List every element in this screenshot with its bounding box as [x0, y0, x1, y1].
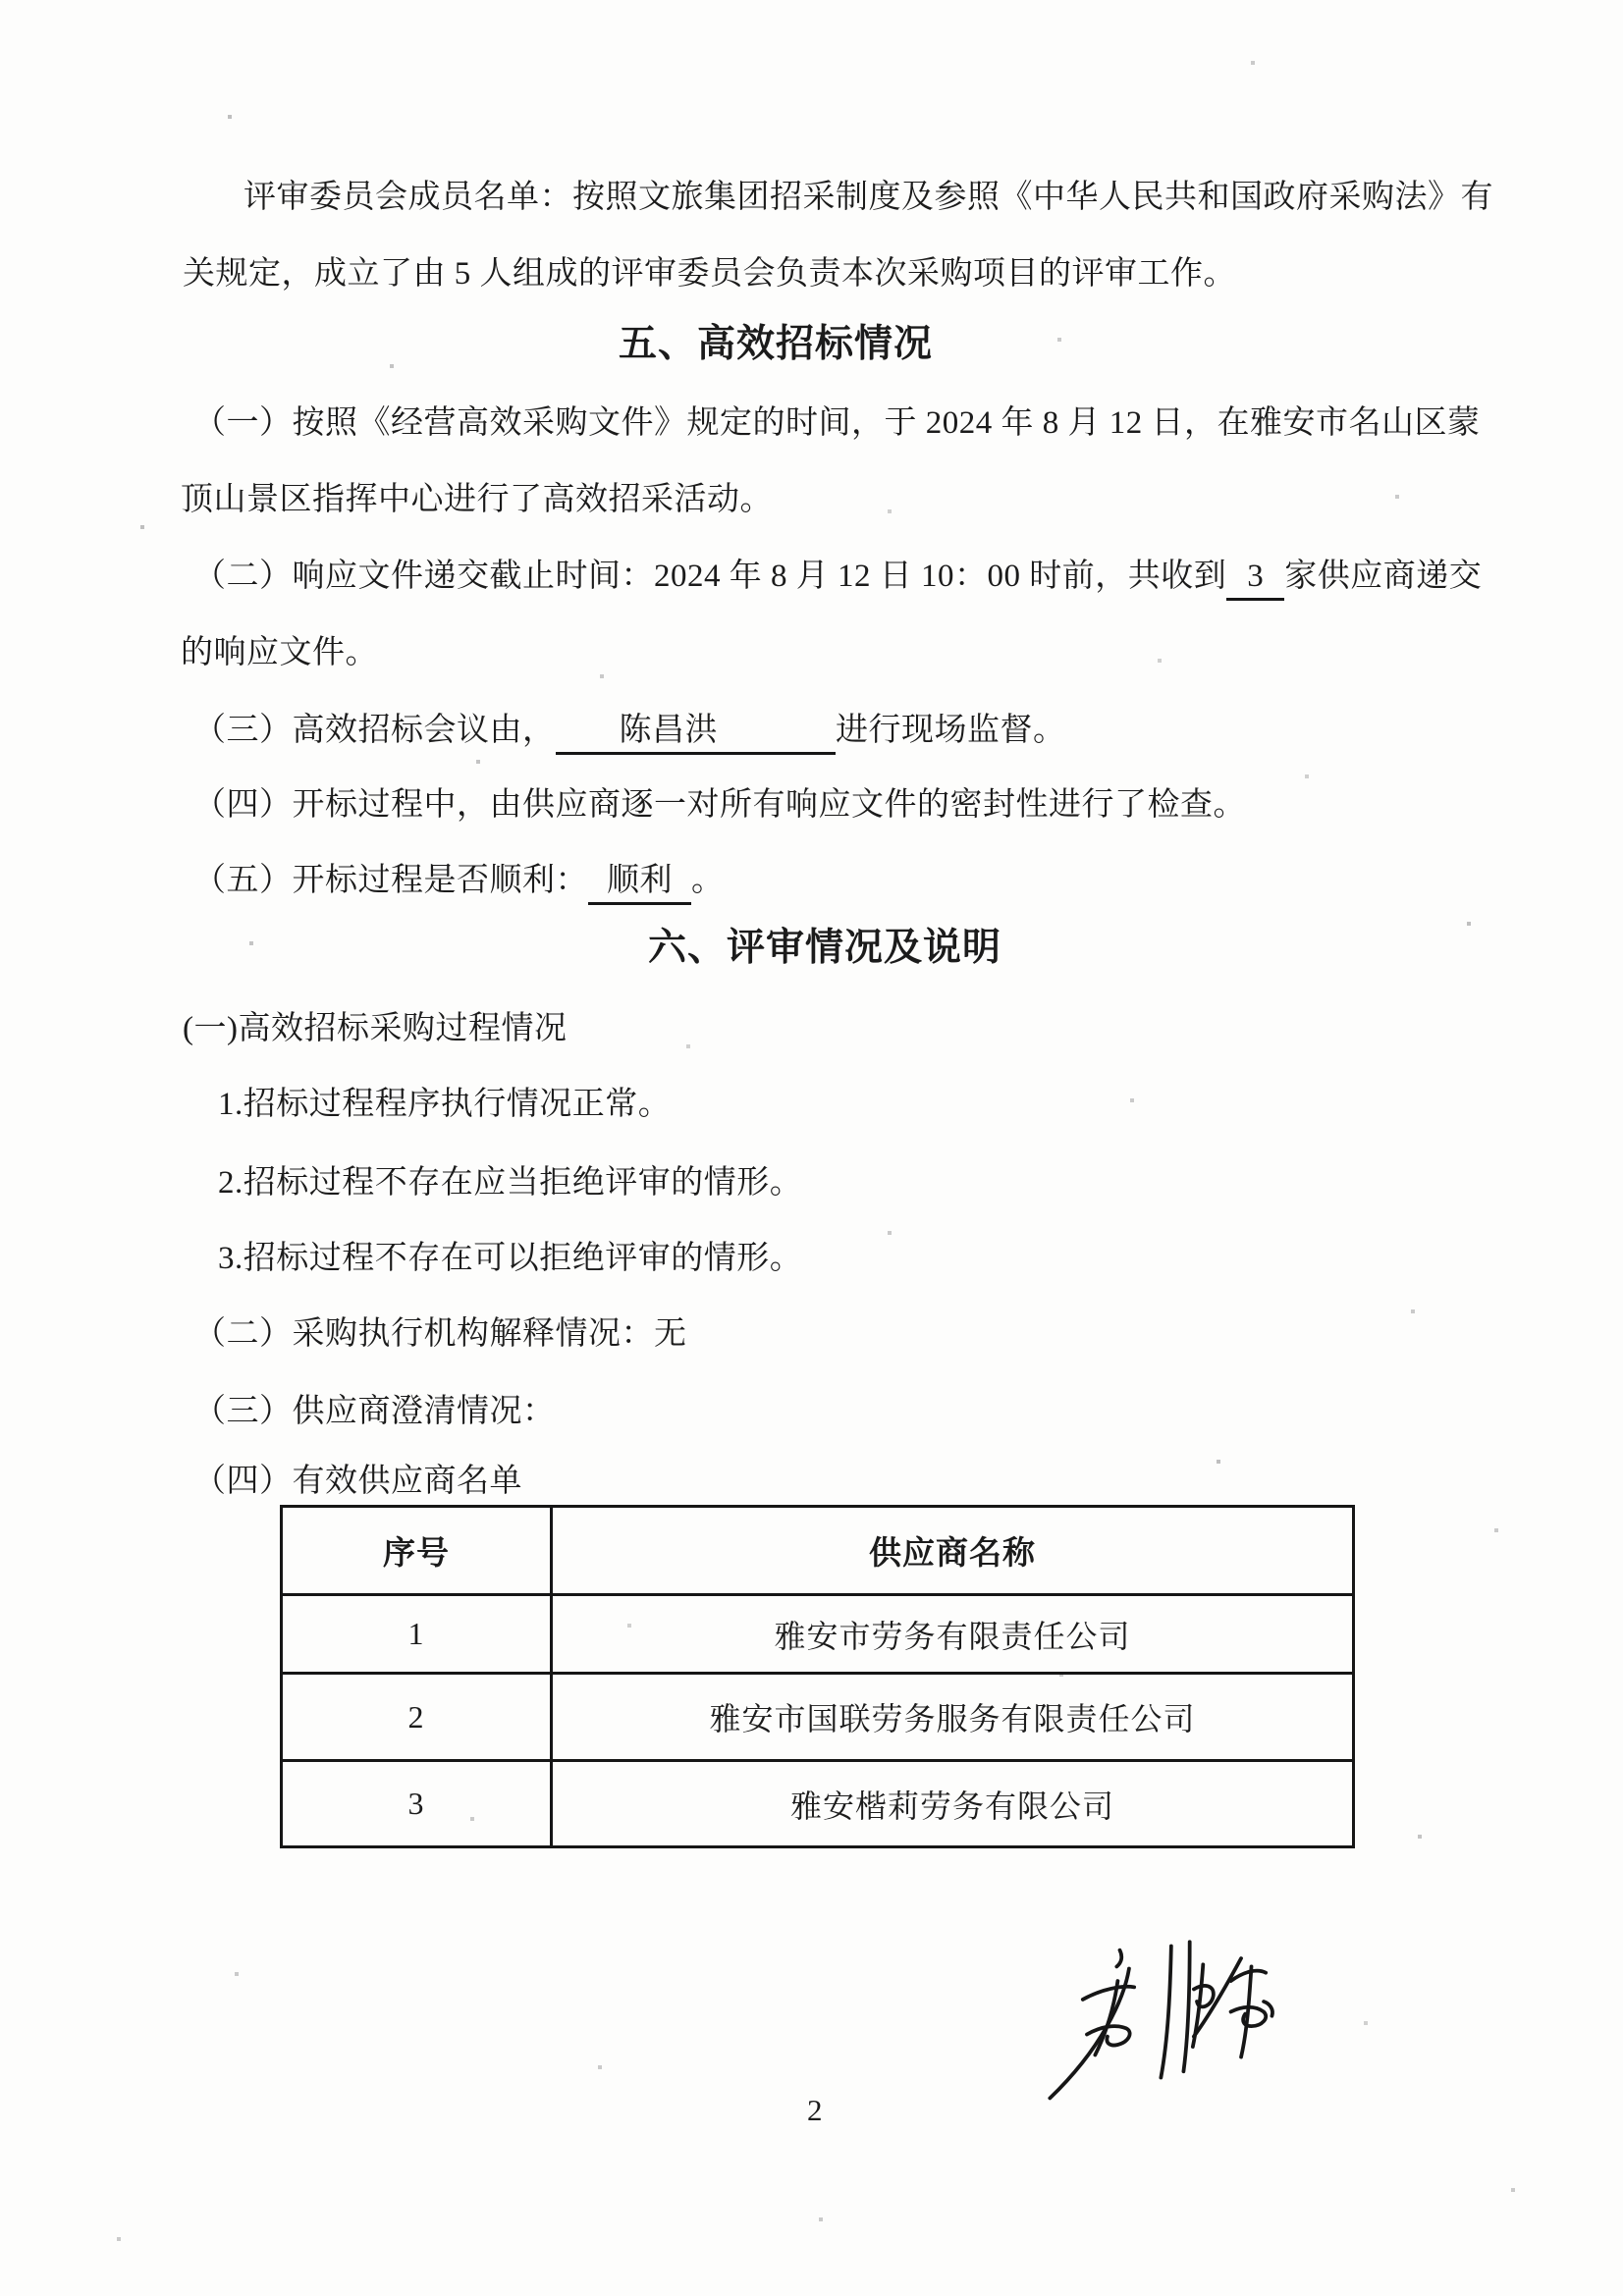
section6-sub1-line: 1.招标过程程序执行情况正常。: [218, 1085, 671, 1124]
section5-item2-line1: （二）响应文件递交截止时间：2024 年 8 月 12 日 10：00 时前，共…: [193, 557, 1482, 601]
table-header-row: 序号 供应商名称: [282, 1507, 1354, 1595]
item2-post-text: 家供应商递交: [1284, 559, 1482, 594]
section6-item2-line: （二）采购执行机构解释情况：无: [193, 1314, 687, 1354]
section-6-heading: 六、评审情况及说明: [648, 926, 1001, 971]
smooth-status-underlined: 顺利: [588, 861, 691, 905]
section6-item1-line: (一)高效招标采购过程情况: [183, 1009, 567, 1048]
supplier-name-cell: 雅安市劳务有限责任公司: [552, 1595, 1354, 1674]
table-row: 3 雅安楷莉劳务有限公司: [282, 1761, 1354, 1847]
page-number: 2: [807, 2093, 823, 2128]
scan-noise: [0, 0, 2, 2]
section5-item3-line: （三）高效招标会议由，陈昌洪进行现场监督。: [193, 711, 1066, 755]
section5-item4-line: （四）开标过程中，由供应商逐一对所有响应文件的密封性进行了检查。: [193, 785, 1246, 825]
handwritten-signature: [1029, 1936, 1276, 2110]
item5-post-text: 。: [691, 863, 725, 898]
supervisor-name-underlined: 陈昌洪: [556, 711, 837, 755]
section6-item4-line: （四）有效供应商名单: [193, 1462, 522, 1501]
item3-post-text: 进行现场监督。: [836, 713, 1066, 748]
item5-pre-text: （五）开标过程是否顺利：: [193, 863, 588, 898]
section-5-heading: 五、高效招标情况: [619, 322, 933, 367]
section5-item1-line1: （一）按照《经营高效采购文件》规定的时间，于 2024 年 8 月 12 日，在…: [193, 403, 1481, 443]
section5-item1-line2: 顶山景区指挥中心进行了高效招采活动。: [181, 480, 773, 519]
section6-sub3-line: 3.招标过程不存在可以拒绝评审的情形。: [218, 1239, 802, 1278]
section5-item2-line2: 的响应文件。: [181, 633, 378, 672]
item3-pre-text: （三）高效招标会议由，: [193, 713, 556, 748]
column-header-index: 序号: [282, 1507, 552, 1595]
supplier-count-underlined: 3: [1226, 557, 1284, 601]
paragraph-line: 关规定，成立了由 5 人组成的评审委员会负责本次采购项目的评审工作。: [183, 254, 1236, 294]
row-index-cell: 3: [282, 1761, 552, 1847]
supplier-name-cell: 雅安市国联劳务服务有限责任公司: [552, 1674, 1354, 1761]
section5-item5-line: （五）开标过程是否顺利：顺利。: [193, 861, 725, 905]
scanned-document-page: 评审委员会成员名单：按照文旅集团招采制度及参照《中华人民共和国政府采购法》有 关…: [0, 0, 1623, 2296]
paragraph-line: 评审委员会成员名单：按照文旅集团招采制度及参照《中华人民共和国政府采购法》有: [243, 178, 1493, 217]
section6-item3-line: （三）供应商澄清情况：: [193, 1392, 556, 1431]
item2-pre-text: （二）响应文件递交截止时间：2024 年 8 月 12 日 10：00 时前，共…: [193, 559, 1226, 594]
row-index-cell: 1: [282, 1595, 552, 1674]
supplier-name-cell: 雅安楷莉劳务有限公司: [552, 1761, 1354, 1847]
section6-sub2-line: 2.招标过程不存在应当拒绝评审的情形。: [218, 1163, 802, 1202]
valid-supplier-table: 序号 供应商名称 1 雅安市劳务有限责任公司 2 雅安市国联劳务服务有限责任公司…: [280, 1505, 1355, 1848]
table-row: 2 雅安市国联劳务服务有限责任公司: [282, 1674, 1354, 1761]
row-index-cell: 2: [282, 1674, 552, 1761]
table-row: 1 雅安市劳务有限责任公司: [282, 1595, 1354, 1674]
column-header-supplier-name: 供应商名称: [552, 1507, 1354, 1595]
